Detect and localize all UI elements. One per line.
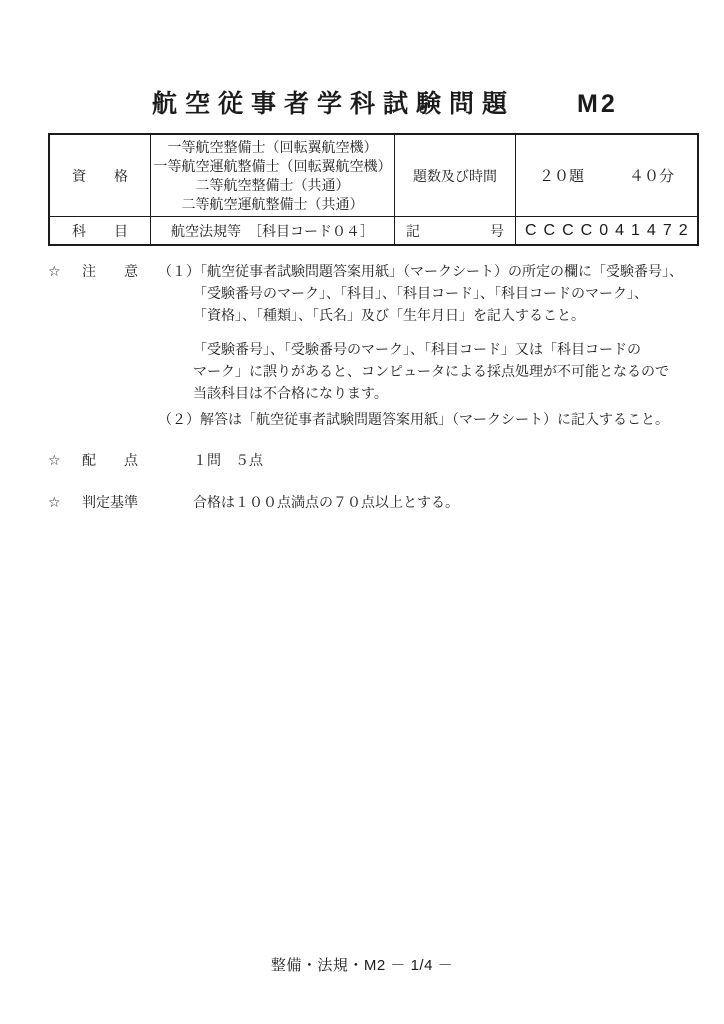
exam-cover-page: 航空従事者学科試験問題 M2 資 格 一等航空整備士（回転翼航空機） 一等航空運… xyxy=(0,0,724,1024)
questions-time-value-cell: ２０題 ４０分 xyxy=(515,135,697,216)
notice-item1-line: 「資格」、「種類」、「氏名」及び「生年月日」を記入すること。 xyxy=(193,304,694,326)
subject-label: 科 目 xyxy=(72,221,128,241)
questions-time-value: ２０題 ４０分 xyxy=(539,165,674,186)
code-value-cell: CCCC041472 xyxy=(515,216,697,244)
notice-item2: （２）解答は「航空従事者試験問題答案用紙」（マークシート）に記入すること。 xyxy=(158,408,694,430)
page-title: 航空従事者学科試験問題 xyxy=(152,84,515,120)
document-header: 航空従事者学科試験問題 M2 xyxy=(152,84,618,120)
notice-content: （１）「航空従事者試験問題答案用紙」（マークシート）の所定の欄に「受験番号」、 … xyxy=(158,260,694,430)
notice-warning-line: 「受験番号」、「受験番号のマーク」、「科目コード」又は「科目コードの xyxy=(193,338,694,360)
notice-item1-line: （１）「航空従事者試験問題答案用紙」（マークシート）の所定の欄に「受験番号」、 xyxy=(158,260,694,282)
exam-code: M2 xyxy=(577,90,618,119)
subject-label-cell: 科 目 xyxy=(50,216,150,244)
notice-warning-line: マーク」に誤りがあると、コンピュータによる採点処理が不可能となるので xyxy=(193,360,694,382)
criteria-block: ☆ 判定基準 合格は１００点満点の７０点以上とする。 xyxy=(48,491,694,513)
star-icon: ☆ xyxy=(48,449,82,471)
qualification-line: 一等航空整備士（回転翼航空機） xyxy=(154,138,392,157)
exam-info-table: 資 格 一等航空整備士（回転翼航空機） 一等航空運航整備士（回転翼航空機） 二等… xyxy=(48,133,699,246)
allocation-value: １問 ５点 xyxy=(193,449,694,471)
qualification-line: 一等航空運航整備士（回転翼航空機） xyxy=(154,157,392,176)
subject-value: 航空法規等 ［科目コード０４］ xyxy=(171,221,374,241)
allocation-label: 配 点 xyxy=(82,449,158,471)
qualification-label: 資 格 xyxy=(72,166,128,186)
notes-section: ☆ 注 意 （１）「航空従事者試験問題答案用紙」（マークシート）の所定の欄に「受… xyxy=(48,260,694,513)
criteria-value: 合格は１００点満点の７０点以上とする。 xyxy=(193,491,694,513)
qualification-list: 一等航空整備士（回転翼航空機） 一等航空運航整備士（回転翼航空機） 二等航空整備… xyxy=(154,138,392,214)
questions-time-label-cell: 題数及び時間 xyxy=(394,135,515,216)
qualification-line: 二等航空運航整備士（共通） xyxy=(154,195,392,214)
page-footer: 整備・法規・M2 － 1/4 － xyxy=(0,954,724,975)
qualification-line: 二等航空整備士（共通） xyxy=(154,176,392,195)
questions-time-label: 題数及び時間 xyxy=(413,166,497,186)
code-label: 記 号 xyxy=(406,221,504,241)
allocation-block: ☆ 配 点 １問 ５点 xyxy=(48,449,694,471)
qualification-value-cell: 一等航空整備士（回転翼航空機） 一等航空運航整備士（回転翼航空機） 二等航空整備… xyxy=(150,135,394,216)
code-label-cell: 記 号 xyxy=(394,216,515,244)
qualification-label-cell: 資 格 xyxy=(50,135,150,216)
notice-item1-line: 「受験番号のマーク」、「科目」、「科目コード」、「科目コードのマーク」、 xyxy=(193,282,694,304)
criteria-label: 判定基準 xyxy=(82,491,158,513)
subject-value-cell: 航空法規等 ［科目コード０４］ xyxy=(150,216,394,244)
notice-block: ☆ 注 意 （１）「航空従事者試験問題答案用紙」（マークシート）の所定の欄に「受… xyxy=(48,260,694,430)
star-icon: ☆ xyxy=(48,491,82,513)
star-icon: ☆ xyxy=(48,260,82,282)
notice-warning-line: 当該科目は不合格になります。 xyxy=(193,382,694,404)
code-value: CCCC041472 xyxy=(525,222,695,240)
notice-label: 注 意 xyxy=(82,260,158,282)
